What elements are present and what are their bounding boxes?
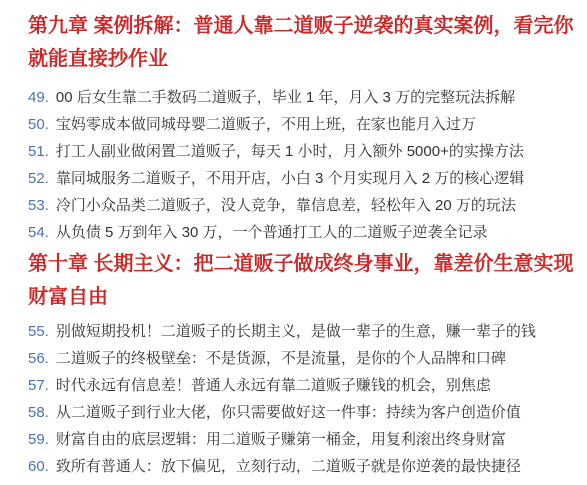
toc-item-text: 打工人副业做闲置二道贩子，每天 1 小时，月入额外 5000+的实操方法: [56, 143, 524, 160]
toc-item: 51.打工人副业做闲置二道贩子，每天 1 小时，月入额外 5000+的实操方法: [28, 138, 581, 165]
toc-item-number: 49.: [28, 89, 49, 106]
toc-item-text: 二道贩子的终极壁垒：不是货源，不是流量，是你的个人品牌和口碑: [56, 350, 506, 367]
toc-item-number: 57.: [28, 377, 49, 394]
toc-item-text: 财富自由的底层逻辑：用二道贩子赚第一桶金，用复利滚出终身财富: [56, 431, 506, 448]
toc-item: 57.时代永远有信息差！普通人永远有靠二道贩子赚钱的机会，别焦虑: [28, 372, 581, 399]
toc-item-text: 从二道贩子到行业大佬，你只需要做好这一件事：持续为客户创造价值: [56, 404, 521, 421]
toc-item-number: 53.: [28, 197, 49, 214]
toc-item-number: 52.: [28, 170, 49, 187]
chapter-9-section: 第九章 案例拆解：普通人靠二道贩子逆袭的真实案例，看完你就能直接抄作业 49.0…: [28, 10, 581, 246]
toc-item-number: 55.: [28, 323, 49, 340]
toc-item: 59.财富自由的底层逻辑：用二道贩子赚第一桶金，用复利滚出终身财富: [28, 426, 581, 453]
toc-item: 50.宝妈零成本做同城母婴二道贩子，不用上班，在家也能月入过万: [28, 111, 581, 138]
toc-item-text: 时代永远有信息差！普通人永远有靠二道贩子赚钱的机会，别焦虑: [56, 377, 491, 394]
toc-item-number: 51.: [28, 143, 49, 160]
toc-item-text: 从负债 5 万到年入 30 万，一个普通打工人的二道贩子逆袭全记录: [56, 224, 488, 241]
toc-item-text: 00 后女生靠二手数码二道贩子，毕业 1 年，月入 3 万的完整玩法拆解: [56, 89, 515, 106]
chapter-10-section: 第十章 长期主义：把二道贩子做成终身事业，靠差价生意实现财富自由 55.别做短期…: [28, 248, 581, 480]
toc-item: 54.从负债 5 万到年入 30 万，一个普通打工人的二道贩子逆袭全记录: [28, 219, 581, 246]
chapter-9-title: 第九章 案例拆解：普通人靠二道贩子逆袭的真实案例，看完你就能直接抄作业: [28, 10, 580, 76]
toc-item-text: 致所有普通人：放下偏见，立刻行动，二道贩子就是你逆袭的最快捷径: [56, 458, 521, 475]
toc-item: 58.从二道贩子到行业大佬，你只需要做好这一件事：持续为客户创造价值: [28, 399, 581, 426]
toc-item-number: 56.: [28, 350, 49, 367]
toc-item-text: 宝妈零成本做同城母婴二道贩子，不用上班，在家也能月入过万: [56, 116, 476, 133]
toc-item: 56.二道贩子的终极壁垒：不是货源，不是流量，是你的个人品牌和口碑: [28, 345, 581, 372]
toc-item: 52.靠同城服务二道贩子，不用开店，小白 3 个月实现月入 2 万的核心逻辑: [28, 165, 581, 192]
toc-page: 第九章 案例拆解：普通人靠二道贩子逆袭的真实案例，看完你就能直接抄作业 49.0…: [0, 0, 587, 480]
toc-item-text: 靠同城服务二道贩子，不用开店，小白 3 个月实现月入 2 万的核心逻辑: [56, 170, 524, 187]
chapter-10-title: 第十章 长期主义：把二道贩子做成终身事业，靠差价生意实现财富自由: [28, 248, 580, 314]
toc-item: 55.别做短期投机！二道贩子的长期主义，是做一辈子的生意，赚一辈子的钱: [28, 318, 581, 345]
toc-item: 60.致所有普通人：放下偏见，立刻行动，二道贩子就是你逆袭的最快捷径: [28, 453, 581, 480]
toc-item-number: 50.: [28, 116, 49, 133]
chapter-9-item-list: 49.00 后女生靠二手数码二道贩子，毕业 1 年，月入 3 万的完整玩法拆解 …: [28, 84, 581, 246]
toc-item-number: 54.: [28, 224, 49, 241]
toc-item-number: 58.: [28, 404, 49, 421]
toc-item-number: 60.: [28, 458, 49, 475]
toc-item-number: 59.: [28, 431, 49, 448]
toc-item: 53.冷门小众品类二道贩子，没人竞争，靠信息差，轻松年入 20 万的玩法: [28, 192, 581, 219]
toc-item: 49.00 后女生靠二手数码二道贩子，毕业 1 年，月入 3 万的完整玩法拆解: [28, 84, 581, 111]
chapter-10-item-list: 55.别做短期投机！二道贩子的长期主义，是做一辈子的生意，赚一辈子的钱 56.二…: [28, 318, 581, 480]
toc-item-text: 冷门小众品类二道贩子，没人竞争，靠信息差，轻松年入 20 万的玩法: [56, 197, 516, 214]
toc-item-text: 别做短期投机！二道贩子的长期主义，是做一辈子的生意，赚一辈子的钱: [56, 323, 536, 340]
